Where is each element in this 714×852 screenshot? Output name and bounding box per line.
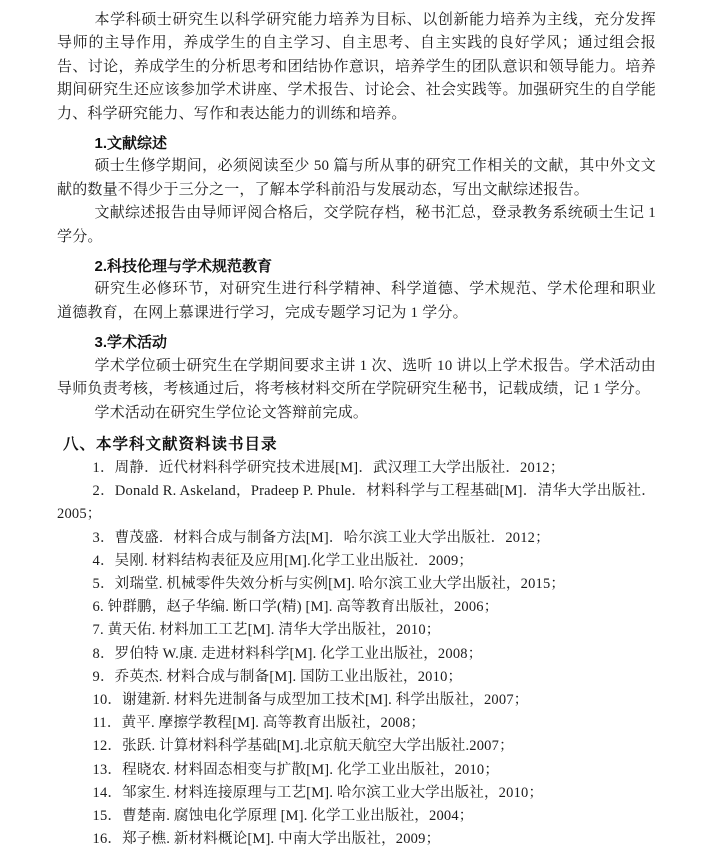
section-heading: 1.文献综述 <box>57 132 656 155</box>
bibliography-item: 13．程晓农. 材料固态相变与扩散[M]. 化学工业出版社，2010； <box>57 759 656 782</box>
section-heading: 3.学术活动 <box>57 331 656 354</box>
bibliography-item: 7. 黄天佑. 材料加工工艺[M]. 清华大学出版社，2010； <box>57 619 656 642</box>
bibliography-item: 6. 钟群鹏，赵子华编. 断口学(精) [M]. 高等教育出版社，2006； <box>57 596 656 619</box>
section-paragraph: 研究生必修环节，对研究生进行科学精神、科学道德、学术规范、学术伦理和职业道德教育… <box>57 278 656 325</box>
bibliography-item: 3．曹茂盛．材料合成与制备方法[M]．哈尔滨工业大学出版社．2012； <box>57 527 656 550</box>
intro-paragraph: 本学科硕士研究生以科学研究能力培养为目标、以创新能力培养为主线，充分发挥导师的主… <box>57 9 656 126</box>
section-paragraph: 文献综述报告由导师评阅合格后，交学院存档，秘书汇总，登录教务系统硕士生记 1 学… <box>57 202 656 249</box>
bibliography-item: 5．刘瑞堂. 机械零件失效分析与实例[M]. 哈尔滨工业大学出版社，2015； <box>57 573 656 596</box>
section-heading: 2.科技伦理与学术规范教育 <box>57 255 656 278</box>
section-paragraph: 硕士生修学期间，必须阅读至少 50 篇与所从事的研究工作相关的文献，其中外文文献… <box>57 155 656 202</box>
bibliography-item: 1．周静．近代材料科学研究技术进展[M]．武汉理工大学出版社．2012； <box>57 457 656 480</box>
bibliography-item: 2．Donald R. Askeland，Pradeep P. Phule．材料… <box>57 480 656 526</box>
document-page: 本学科硕士研究生以科学研究能力培养为目标、以创新能力培养为主线，充分发挥导师的主… <box>0 0 714 852</box>
chapter-heading: 八、本学科文献资料读书目录 <box>63 433 656 457</box>
bibliography-item: 11．黄平. 摩擦学教程[M]. 高等教育出版社，2008； <box>57 712 656 735</box>
bibliography-item: 8．罗伯特 W.康. 走进材料科学[M]. 化学工业出版社，2008； <box>57 643 656 666</box>
bibliography-item: 9．乔英杰. 材料合成与制备[M]. 国防工业出版社，2010； <box>57 666 656 689</box>
bibliography-list: 1．周静．近代材料科学研究技术进展[M]．武汉理工大学出版社．2012；2．Do… <box>57 457 656 851</box>
bibliography-item: 12．张跃. 计算材料科学基础[M].北京航天航空大学出版社.2007； <box>57 735 656 758</box>
bibliography-item: 4．吴刚. 材料结构表征及应用[M].化学工业出版社．2009； <box>57 550 656 573</box>
section-paragraph: 学术学位硕士研究生在学期间要求主讲 1 次、选听 10 讲以上学术报告。学术活动… <box>57 355 656 402</box>
sections-container: 1.文献综述硕士生修学期间，必须阅读至少 50 篇与所从事的研究工作相关的文献，… <box>57 132 656 425</box>
bibliography-item: 10．谢建新. 材料先进制备与成型加工技术[M]. 科学出版社，2007； <box>57 689 656 712</box>
bibliography-item: 14．邹家生. 材料连接原理与工艺[M]. 哈尔滨工业大学出版社，2010； <box>57 782 656 805</box>
section-paragraph: 学术活动在研究生学位论文答辩前完成。 <box>57 402 656 425</box>
bibliography-item: 15．曹楚南. 腐蚀电化学原理 [M]. 化学工业出版社，2004； <box>57 805 656 828</box>
bibliography-item: 16．郑子樵. 新材料概论[M]. 中南大学出版社，2009； <box>57 828 656 851</box>
